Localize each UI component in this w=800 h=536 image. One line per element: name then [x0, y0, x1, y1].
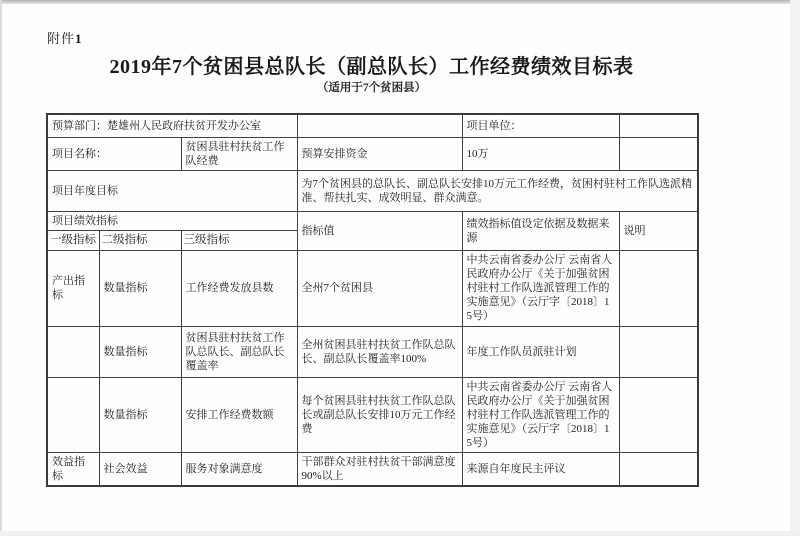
indicator-row: 数量指标 贫困县驻村扶贫工作队总队长、副总队长覆盖率 全州贫困县驻村扶贫工作队总…: [47, 326, 698, 377]
cell-level2: 社会效益: [99, 453, 181, 487]
cell-level1: [47, 326, 99, 377]
empty-cell: [297, 114, 462, 137]
cell-level1: [47, 377, 99, 452]
row-project-name: 项目名称： 贫困县驻村扶贫工作队经费 预算安排资金 10万: [47, 137, 698, 170]
project-name-label-cell: 项目名称：: [47, 137, 181, 170]
cell-level3: 贫困县驻村扶贫工作队总队长、副总队长覆盖率: [181, 326, 297, 377]
scan-edge-bottom: [0, 531, 800, 536]
cell-level1: 效益指标: [47, 453, 99, 487]
cell-level2: 数量指标: [99, 326, 181, 377]
cell-value: 每个贫困县驻村扶贫工作队总队长或副总队长安排10万元工作经费: [297, 377, 462, 452]
page-title: 2019年7个贫困县总队长（副总队长）工作经费绩效目标表: [46, 50, 697, 79]
budget-dept-cell: 预算部门：楚雄州人民政府扶贫开发办公室: [47, 114, 297, 137]
indicator-row: 效益指标 社会效益 服务对象满意度 干部群众对驻村扶贫干部满意度90%以上 来源…: [47, 453, 698, 487]
header-level2-cell: 二级指标: [99, 230, 181, 250]
performance-target-table: 预算部门：楚雄州人民政府扶贫开发办公室 项目单位： 项目名称： 贫困县驻村扶贫工…: [46, 113, 699, 487]
cell-basis: 来源自年度民主评议: [462, 453, 619, 487]
empty-cell: [619, 137, 698, 170]
cell-basis: 中共云南省委办公厅 云南省人民政府办公厅《关于加强贫困村驻村工作队选派管理工作的…: [462, 250, 619, 326]
project-unit-label-cell: 项目单位：: [462, 114, 619, 137]
row-annual-goal: 项目年度目标 为7个贫困县的总队长、副总队长安排10万元工作经费，贫困村驻村工作…: [47, 170, 698, 211]
attachment-text: 附件: [47, 31, 75, 46]
cell-level1: 产出指标: [47, 250, 99, 326]
row-budget-dept: 预算部门：楚雄州人民政府扶贫开发办公室 项目单位：: [47, 114, 698, 137]
cell-level2: 数量指标: [99, 250, 181, 326]
indicator-row: 数量指标 安排工作经费数额 每个贫困县驻村扶贫工作队总队长或副总队长安排10万元…: [47, 377, 698, 452]
cell-value: 干部群众对驻村扶贫干部满意度90%以上: [297, 453, 462, 487]
indicator-row: 产出指标 数量指标 工作经费发放县数 全州7个贫困县 中共云南省委办公厅 云南省…: [47, 250, 698, 326]
cell-note: [619, 453, 698, 487]
cell-level3: 服务对象满意度: [181, 453, 297, 487]
row-indicator-section: 项目绩效指标 指标值 绩效指标值设定依据及数据来源 说明: [47, 211, 698, 230]
cell-note: [619, 326, 698, 377]
scan-edge-top: [0, 0, 800, 4]
cell-level3: 工作经费发放县数: [181, 250, 297, 326]
header-value-cell: 指标值: [297, 211, 462, 250]
page-subtitle: （适用于7个贫困县）: [46, 79, 697, 95]
scan-edge-left: [0, 0, 2, 536]
scan-edge-right: [790, 0, 800, 536]
header-basis-cell: 绩效指标值设定依据及数据来源: [462, 211, 619, 250]
cell-value: 全州7个贫困县: [297, 250, 462, 326]
annual-goal-label-cell: 项目年度目标: [47, 170, 297, 211]
header-level1-cell: 一级指标: [47, 230, 99, 250]
annual-goal-text-cell: 为7个贫困县的总队长、副总队长安排10万元工作经费，贫困村驻村工作队选派精准、帮…: [297, 170, 698, 211]
project-unit-value-cell: [619, 114, 698, 137]
attachment-number: 1: [75, 31, 83, 46]
header-level3-cell: 三级指标: [181, 230, 297, 250]
cell-value: 全州贫困县驻村扶贫工作队总队长、副总队长覆盖率100%: [297, 326, 462, 377]
cell-level2: 数量指标: [99, 377, 181, 452]
header-note-cell: 说明: [619, 211, 698, 250]
cell-note: [619, 377, 698, 452]
indicator-section-label-cell: 项目绩效指标: [47, 211, 297, 230]
project-name-value-cell: 贫困县驻村扶贫工作队经费: [181, 137, 297, 170]
budget-label-cell: 预算安排资金: [297, 137, 462, 170]
cell-basis: 中共云南省委办公厅 云南省人民政府办公厅《关于加强贫困村驻村工作队选派管理工作的…: [462, 377, 619, 452]
scanned-page: 附件1 2019年7个贫困县总队长（副总队长）工作经费绩效目标表 （适用于7个贫…: [0, 0, 800, 536]
cell-basis: 年度工作队员派驻计划: [462, 326, 619, 377]
attachment-label: 附件1: [47, 28, 83, 47]
cell-level3: 安排工作经费数额: [181, 377, 297, 452]
budget-value-cell: 10万: [462, 137, 619, 170]
cell-note: [619, 250, 698, 326]
